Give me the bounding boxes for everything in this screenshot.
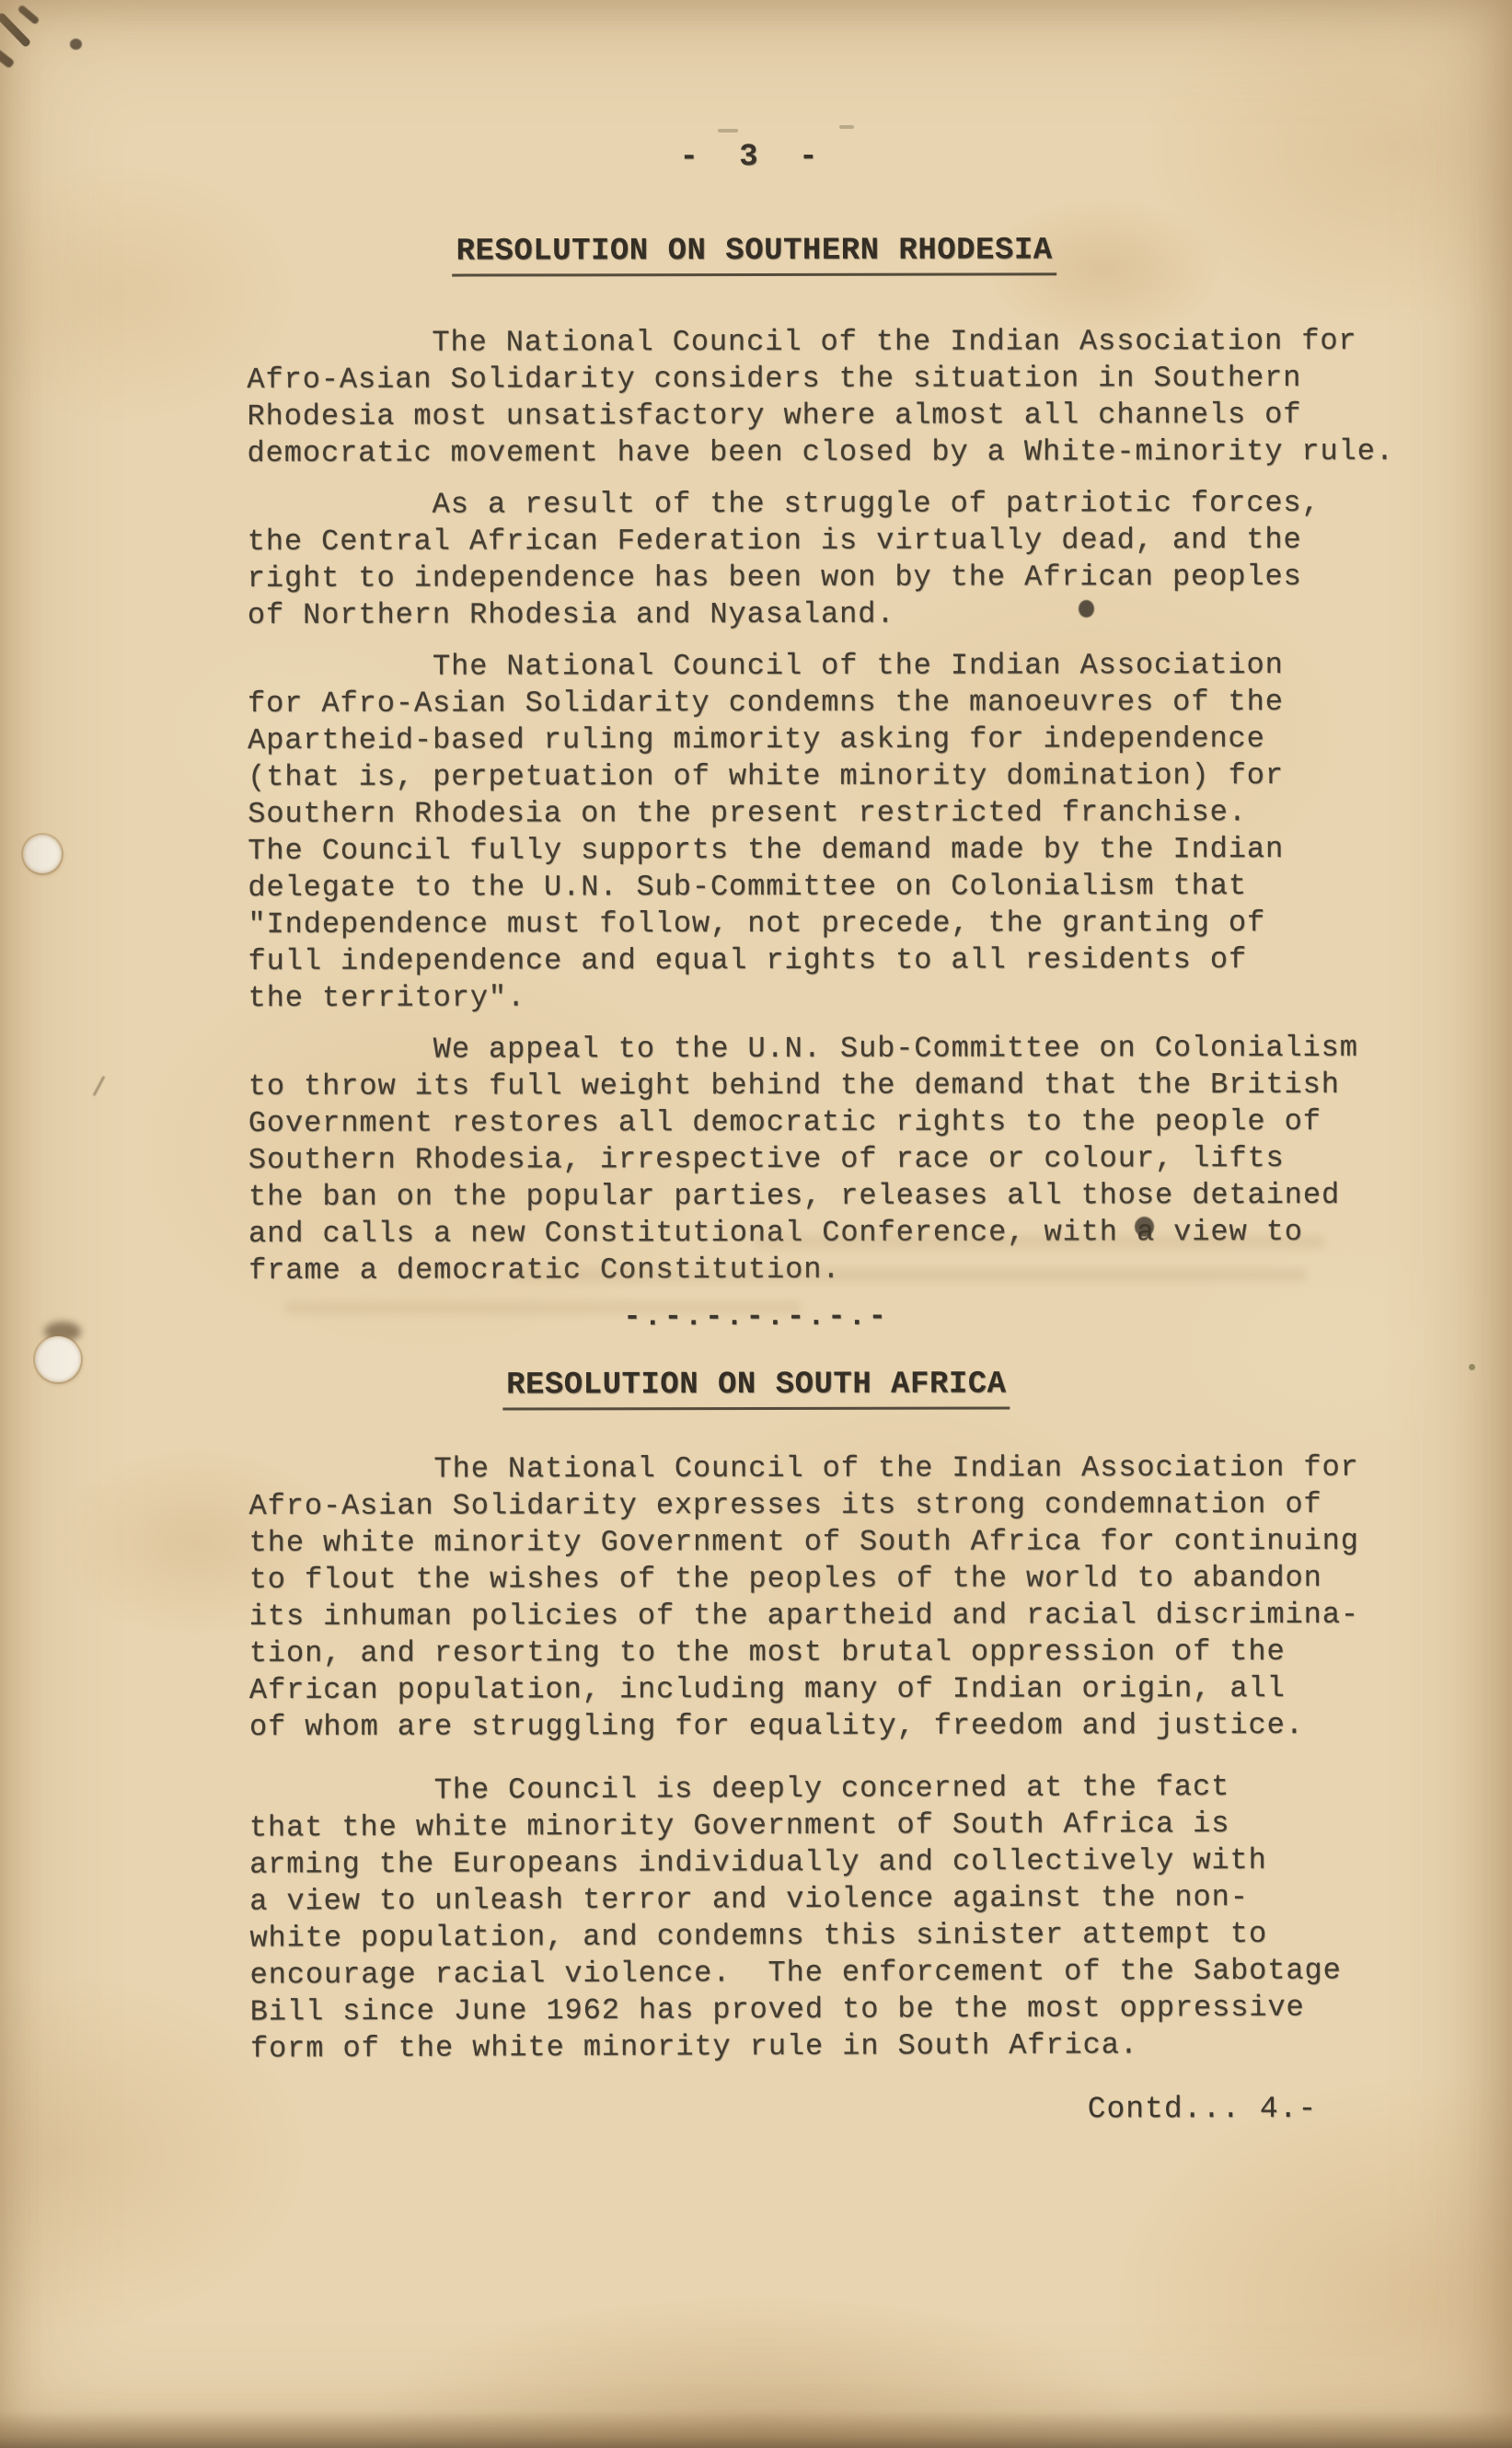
bleed-through-text <box>515 1268 1307 1282</box>
ink-speck <box>1469 1364 1475 1370</box>
punch-hole <box>23 835 62 873</box>
paragraph: The Council is deeply concerned at the f… <box>249 1768 1410 2067</box>
paragraph: As a result of the struggle of patriotic… <box>248 485 1407 634</box>
ink-blot <box>1135 1217 1154 1237</box>
punch-hole <box>35 1336 81 1382</box>
section-heading-southern-rhodesia: RESOLUTION ON SOUTHERN RHODESIA <box>0 233 1510 278</box>
ink-blot <box>1079 600 1094 618</box>
page-number: - 3 - <box>0 139 1510 177</box>
bleed-through-text <box>755 1235 1325 1249</box>
paragraph: The National Council of the Indian Assoc… <box>247 323 1406 472</box>
section-heading-south-africa: RESOLUTION ON SOUTH AFRICA <box>0 1367 1512 1412</box>
heading-text: RESOLUTION ON SOUTHERN RHODESIA <box>453 233 1056 276</box>
paragraph: The National Council of the Indian Assoc… <box>248 1449 1409 1746</box>
paragraph: We appeal to the U.N. Sub-Committee on C… <box>248 1030 1408 1289</box>
bleed-through-text <box>285 1301 801 1314</box>
paragraph: The National Council of the Indian Assoc… <box>248 647 1408 1017</box>
heading-text: RESOLUTION ON SOUTH AFRICA <box>502 1368 1010 1411</box>
typewritten-content: - 3 - RESOLUTION ON SOUTHERN RHODESIA Th… <box>0 0 1512 2448</box>
continuation-note: Contd... 4.- <box>1088 2092 1318 2126</box>
document-page: - 3 - RESOLUTION ON SOUTHERN RHODESIA Th… <box>0 0 1512 2448</box>
